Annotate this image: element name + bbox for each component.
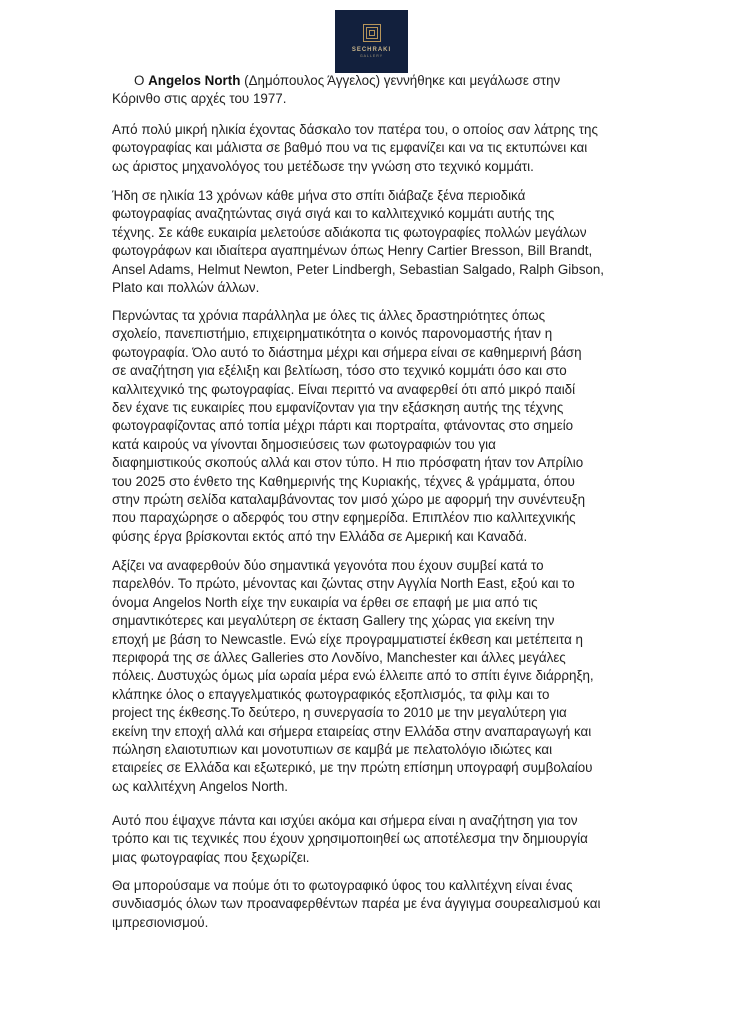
text-line: project της έκθεσης.Το δεύτερο, η συνεργ… bbox=[112, 704, 672, 722]
text-line: σε αναζήτηση για εξέλιξη και βελτίωση, τ… bbox=[112, 362, 672, 380]
nested-squares-icon bbox=[363, 24, 381, 42]
text-line: Κόρινθο στις αρχές του 1977. bbox=[112, 90, 672, 108]
paragraph-childhood: Από πολύ μικρή ηλικία έχοντας δάσκαλο το… bbox=[112, 121, 672, 176]
text-line: φωτογράφων και ιδιαίτερα αγαπημένων όπως… bbox=[112, 242, 672, 260]
text-fragment: Ο bbox=[134, 73, 148, 88]
text-line: φωτογραφία. Όλο αυτό το διάστημα μέχρι κ… bbox=[112, 344, 672, 362]
text-line: Αξίζει να αναφερθούν δύο σημαντικά γεγον… bbox=[112, 557, 672, 575]
text-line: Αυτό που έψαχνε πάντα και ισχύει ακόμα κ… bbox=[112, 812, 672, 830]
text-line: παρελθόν. Το πρώτο, μένοντας και ζώντας … bbox=[112, 575, 672, 593]
paragraph-key-events: Αξίζει να αναφερθούν δύο σημαντικά γεγον… bbox=[112, 557, 672, 796]
paragraph-intro: Ο Angelos North (Δημόπουλος Άγγελος) γεν… bbox=[112, 72, 672, 109]
text-line: φωτογραφίας αναζητώντας σιγά σιγά και το… bbox=[112, 205, 672, 223]
text-line: φωτογραφίας και μάλιστα σε βαθμό που να … bbox=[112, 139, 672, 157]
text-line: μιας φωτογραφίας που ξεχωρίζει. bbox=[112, 849, 672, 867]
text-line: φωτογραφίζοντας από τοπία μέχρι πάρτι κα… bbox=[112, 417, 672, 435]
text-line: εκείνη την εποχή αλλά και σήμερα εταιρεί… bbox=[112, 723, 672, 741]
text-line: συνδιασμός όλων των προαναφερθέντων παρέ… bbox=[112, 895, 672, 913]
text-line: κατά καιρούς να γίνονται δημοσιεύσεις τω… bbox=[112, 436, 672, 454]
text-line: Περνώντας τα χρόνια παράλληλα με όλες τι… bbox=[112, 307, 672, 325]
paragraph-search: Αυτό που έψαχνε πάντα και ισχύει ακόμα κ… bbox=[112, 812, 672, 867]
text-line: εταιρείες σε Ελλάδα και εξωτερικό, με τη… bbox=[112, 759, 672, 777]
text-line: Ήδη σε ηλικία 13 χρόνων κάθε μήνα στο σπ… bbox=[112, 187, 672, 205]
text-line: πώληση ελαιοτυπιων και μονοτυπιων σε καμ… bbox=[112, 741, 672, 759]
text-line: φύσης έργα βρίσκονται εκτός από την Ελλά… bbox=[112, 528, 672, 546]
text-line: Ansel Adams, Helmut Newton, Peter Lindbe… bbox=[112, 261, 672, 279]
logo-subtitle: GALLERY bbox=[360, 54, 383, 59]
text-line: Από πολύ μικρή ηλικία έχοντας δάσκαλο το… bbox=[112, 121, 672, 139]
text-line: όνομα Angelos North είχε την ευκαιρία να… bbox=[112, 594, 672, 612]
text-line: Θα μπορούσαμε να πούμε ότι το φωτογραφικ… bbox=[112, 877, 672, 895]
artist-name: Angelos North bbox=[148, 73, 240, 88]
text-line: Ο Angelos North (Δημόπουλος Άγγελος) γεν… bbox=[112, 72, 672, 90]
text-line: του 2025 στο ένθετο της Καθημερινής της … bbox=[112, 473, 672, 491]
text-line: σημαντικότερες και μεγαλύτερη σε έκταση … bbox=[112, 612, 672, 630]
text-line: καλλιτεχνικό της φωτογραφίας. Είναι περι… bbox=[112, 381, 672, 399]
text-line: τέχνης. Σε κάθε ευκαιρία μελετούσε αδιάκ… bbox=[112, 224, 672, 242]
text-line: πόλεις. Δυστυχώς όμως μία ωραία μέρα ενώ… bbox=[112, 667, 672, 685]
text-line: που παραχώρησε ο αδερφός του στην εφημερ… bbox=[112, 509, 672, 527]
text-line: ως καλλιτέχνη Angelos North. bbox=[112, 778, 672, 796]
text-line: τρόπο και τις τεχνικές που έχουν χρησιμο… bbox=[112, 830, 672, 848]
text-line: Plato και πολλών άλλων. bbox=[112, 279, 672, 297]
logo-name: SECHRAKI bbox=[352, 47, 391, 54]
text-line: ιμπρεσιονισμού. bbox=[112, 914, 672, 932]
text-line: περιφορά της σε άλλες Galleries στο Λονδ… bbox=[112, 649, 672, 667]
text-fragment: (Δημόπουλος Άγγελος) γεννήθηκε και μεγάλ… bbox=[240, 73, 560, 88]
text-line: σχολείο, πανεπιστήμιο, επιχειρηματικότητ… bbox=[112, 325, 672, 343]
gallery-logo: SECHRAKI GALLERY bbox=[335, 10, 408, 73]
paragraph-style: Θα μπορούσαμε να πούμε ότι το φωτογραφικ… bbox=[112, 877, 672, 932]
text-line: ως άριστος μηχανολόγος του μετέδωσε την … bbox=[112, 158, 672, 176]
text-line: στην πρώτη σελίδα καταλαμβάνοντας τον μι… bbox=[112, 491, 672, 509]
text-line: δεν έχανε τις ευκαιρίες που εμφανίζονταν… bbox=[112, 399, 672, 417]
paragraph-early-influences: Ήδη σε ηλικία 13 χρόνων κάθε μήνα στο σπ… bbox=[112, 187, 672, 297]
text-line: διαφημιστικούς σκοπούς αλλά και στον τύπ… bbox=[112, 454, 672, 472]
text-line: κλάπηκε όλος ο επαγγελματικός φωτογραφικ… bbox=[112, 686, 672, 704]
text-line: εποχή με βάση το Newcastle. Ενώ είχε προ… bbox=[112, 631, 672, 649]
paragraph-career: Περνώντας τα χρόνια παράλληλα με όλες τι… bbox=[112, 307, 672, 546]
